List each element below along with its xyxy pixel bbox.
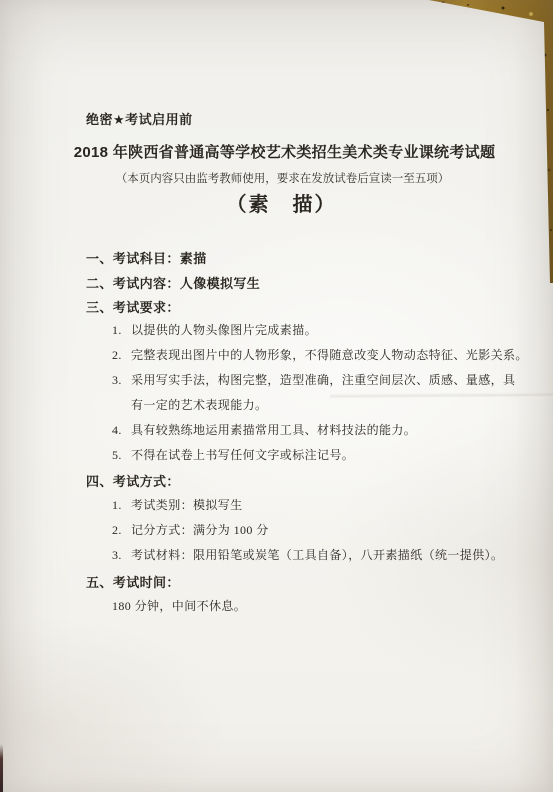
section-exam-mode: 四、考试方式： bbox=[86, 471, 180, 490]
mode-item-2: 2.记分方式：满分为 100 分 bbox=[112, 518, 541, 543]
item-number: 3. bbox=[112, 543, 131, 568]
item-text: 采用写实手法，构图完整，造型准确，注重空间层次、质感、量感，具 有一定的艺术表现… bbox=[131, 373, 515, 412]
requirement-item-1: 1.以提供的人物头像图片完成素描。 bbox=[112, 318, 541, 343]
item-number: 3. bbox=[112, 368, 131, 393]
mode-item-1: 1.考试类别：模拟写生 bbox=[112, 493, 541, 518]
item-text: 考试材料：限用铅笔或炭笔（工具自备），八开素描纸（统一提供）。 bbox=[131, 548, 503, 562]
requirement-item-5: 5.不得在试卷上书写任何文字或标注记号。 bbox=[112, 443, 541, 468]
exam-title: 2018 年陕西省普通高等学校艺术类招生美术类专业课统考试题 bbox=[0, 141, 553, 162]
item-number: 4. bbox=[112, 418, 131, 443]
item-number: 2. bbox=[112, 343, 131, 368]
section-exam-time: 五、考试时间： bbox=[86, 572, 180, 591]
item-number: 1. bbox=[112, 318, 131, 343]
item-text: 不得在试卷上书写任何文字或标注记号。 bbox=[131, 448, 354, 462]
requirement-item-2: 2.完整表现出图片中的人物形象，不得随意改变人物动态特征、光影关系。 bbox=[112, 343, 541, 368]
item-number: 1. bbox=[112, 493, 131, 518]
item-text: 记分方式：满分为 100 分 bbox=[131, 523, 269, 537]
section-exam-requirements: 三、考试要求： bbox=[86, 297, 180, 316]
classification-banner: 绝密★考试启用前 bbox=[86, 109, 193, 128]
requirement-item-4: 4.具有较熟练地运用素描常用工具、材料技法的能力。 bbox=[112, 418, 541, 443]
proctor-note: （本页内容只由监考教师使用，要求在发放试卷后宣读一至五项） bbox=[0, 170, 553, 186]
exam-document: 绝密★考试启用前 2018 年陕西省普通高等学校艺术类招生美术类专业课统考试题 … bbox=[0, 0, 553, 792]
subject-heading: （素 描） bbox=[0, 188, 553, 217]
item-text: 具有较熟练地运用素描常用工具、材料技法的能力。 bbox=[131, 423, 416, 437]
item-number: 2. bbox=[112, 518, 131, 543]
mode-item-3: 3.考试材料：限用铅笔或炭笔（工具自备），八开素描纸（统一提供）。 bbox=[112, 543, 541, 568]
item-number: 5. bbox=[112, 443, 131, 468]
item-text: 以提供的人物头像图片完成素描。 bbox=[131, 323, 317, 337]
requirement-item-3: 3.采用写实手法，构图完整，造型准确，注重空间层次、质感、量感，具 有一定的艺术… bbox=[112, 368, 541, 418]
section-exam-subject: 一、考试科目：素描 bbox=[86, 248, 207, 267]
section-exam-content: 二、考试内容：人像模拟写生 bbox=[86, 273, 260, 292]
exam-duration: 180 分钟，中间不休息。 bbox=[112, 594, 522, 619]
photo-of-exam-paper: 绝密★考试启用前 2018 年陕西省普通高等学校艺术类招生美术类专业课统考试题 … bbox=[0, 0, 553, 792]
item-text: 完整表现出图片中的人物形象，不得随意改变人物动态特征、光影关系。 bbox=[131, 348, 528, 362]
item-text: 考试类别：模拟写生 bbox=[131, 498, 243, 512]
table-edge-sliver bbox=[0, 744, 3, 792]
